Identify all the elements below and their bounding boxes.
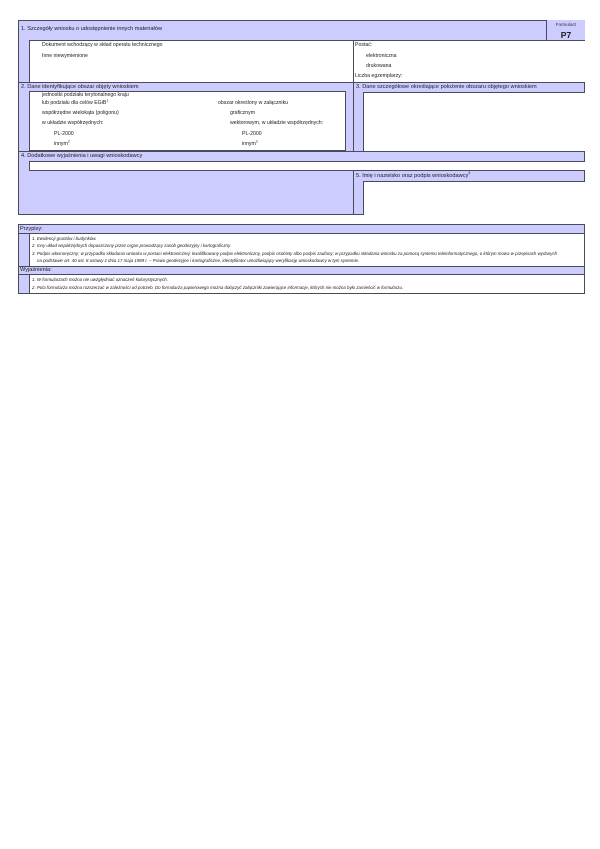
signature-input[interactable] (363, 181, 585, 215)
explanation-1: 1. W formularzach można nie uwzględniać … (32, 277, 168, 283)
footnotes-gutter (19, 234, 29, 267)
other-label: innym (54, 141, 68, 147)
territorial-unit-line1[interactable]: jednostki podziału terytorialnego kraju (42, 92, 129, 99)
footnote-ref: 2 (256, 139, 258, 143)
copies-input[interactable] (400, 73, 580, 81)
copies-label: Liczba egzemplarzy: (355, 73, 402, 80)
format-label: Postać: (355, 42, 372, 49)
section5-title-text: 5. Imię i nazwisko oraz podpis wnioskoda… (356, 173, 468, 179)
other-label: innym (242, 141, 256, 147)
footnote-ref: 2 (68, 139, 70, 143)
option-other[interactable]: Inne niewymienione (42, 53, 88, 60)
section2-title: 2. Dane identyfikujące obszar objęty wni… (21, 83, 139, 91)
section5-title: 5. Imię i nazwisko oraz podpis wnioskoda… (356, 172, 470, 180)
footnotes-title: Przypisy: (20, 225, 43, 233)
right-pl2000-option[interactable]: PL-2000 (242, 131, 262, 138)
explanations-title: Wyjaśnienia: (20, 266, 52, 274)
left-pl2000-option[interactable]: PL-2000 (54, 131, 74, 138)
left-other-system-option[interactable]: innym2 (54, 141, 70, 148)
form-code-box: Formularz P7 (546, 20, 585, 41)
explanations-gutter (19, 275, 29, 293)
format-printed[interactable]: drukowana (366, 63, 391, 70)
footnote-ref: 3 (468, 171, 470, 175)
form-label: Formularz (547, 22, 585, 27)
footnote-2: 2. Inny układ współrzędnych dopuszczony … (32, 243, 231, 249)
polygon-coordinates[interactable]: współrzędne wielokąta (poligonu) (42, 110, 119, 117)
footnote-ref: 1 (106, 98, 108, 102)
section3-title: 3. Dane szczegółowe określające położeni… (356, 83, 537, 91)
coordinate-system-label: w układzie współrzędnych: (42, 120, 103, 127)
right-other-system-option[interactable]: innym2 (242, 141, 258, 148)
attachment-area-option[interactable]: obszar określony w załączniku (218, 100, 288, 107)
section4-title: 4. Dodatkowe wyjaśnienia i uwagi wniosko… (21, 152, 142, 160)
explanations-header (19, 266, 584, 275)
footnote-3: 3. Podpis własnoręczny; w przypadku skła… (32, 251, 557, 257)
territorial-unit-line2[interactable]: lub podziału dla celów EGiB1 (42, 100, 108, 107)
section1-title: 1. Szczegóły wniosku o udostępnienie inn… (21, 25, 162, 33)
footnotes-header (19, 225, 584, 234)
footnote-1: 1. Ewidencji gruntów i budynków. (32, 236, 96, 242)
section4-input[interactable] (29, 161, 585, 171)
explanation-2: 2. Pola formularza można rozszerzać w za… (32, 285, 403, 291)
option-technical-document[interactable]: Dokument wchodzący w skład operatu techn… (42, 42, 163, 49)
section3-input[interactable] (363, 92, 585, 151)
vector-attachment-option[interactable]: wektorowym, w układzie współrzędnych: (230, 120, 323, 127)
footnotes-rule (29, 234, 30, 267)
footnote-3-cont: na podstawie art. 40 ust. 8 ustawy z dni… (37, 258, 359, 264)
form-code: P7 (547, 30, 585, 40)
territorial-unit-label: lub podziału dla celów EGiB (42, 100, 106, 106)
format-electronic[interactable]: elektroniczna (366, 53, 397, 60)
explanations-rule (29, 275, 30, 293)
graphic-attachment-option[interactable]: graficznym (230, 110, 255, 117)
